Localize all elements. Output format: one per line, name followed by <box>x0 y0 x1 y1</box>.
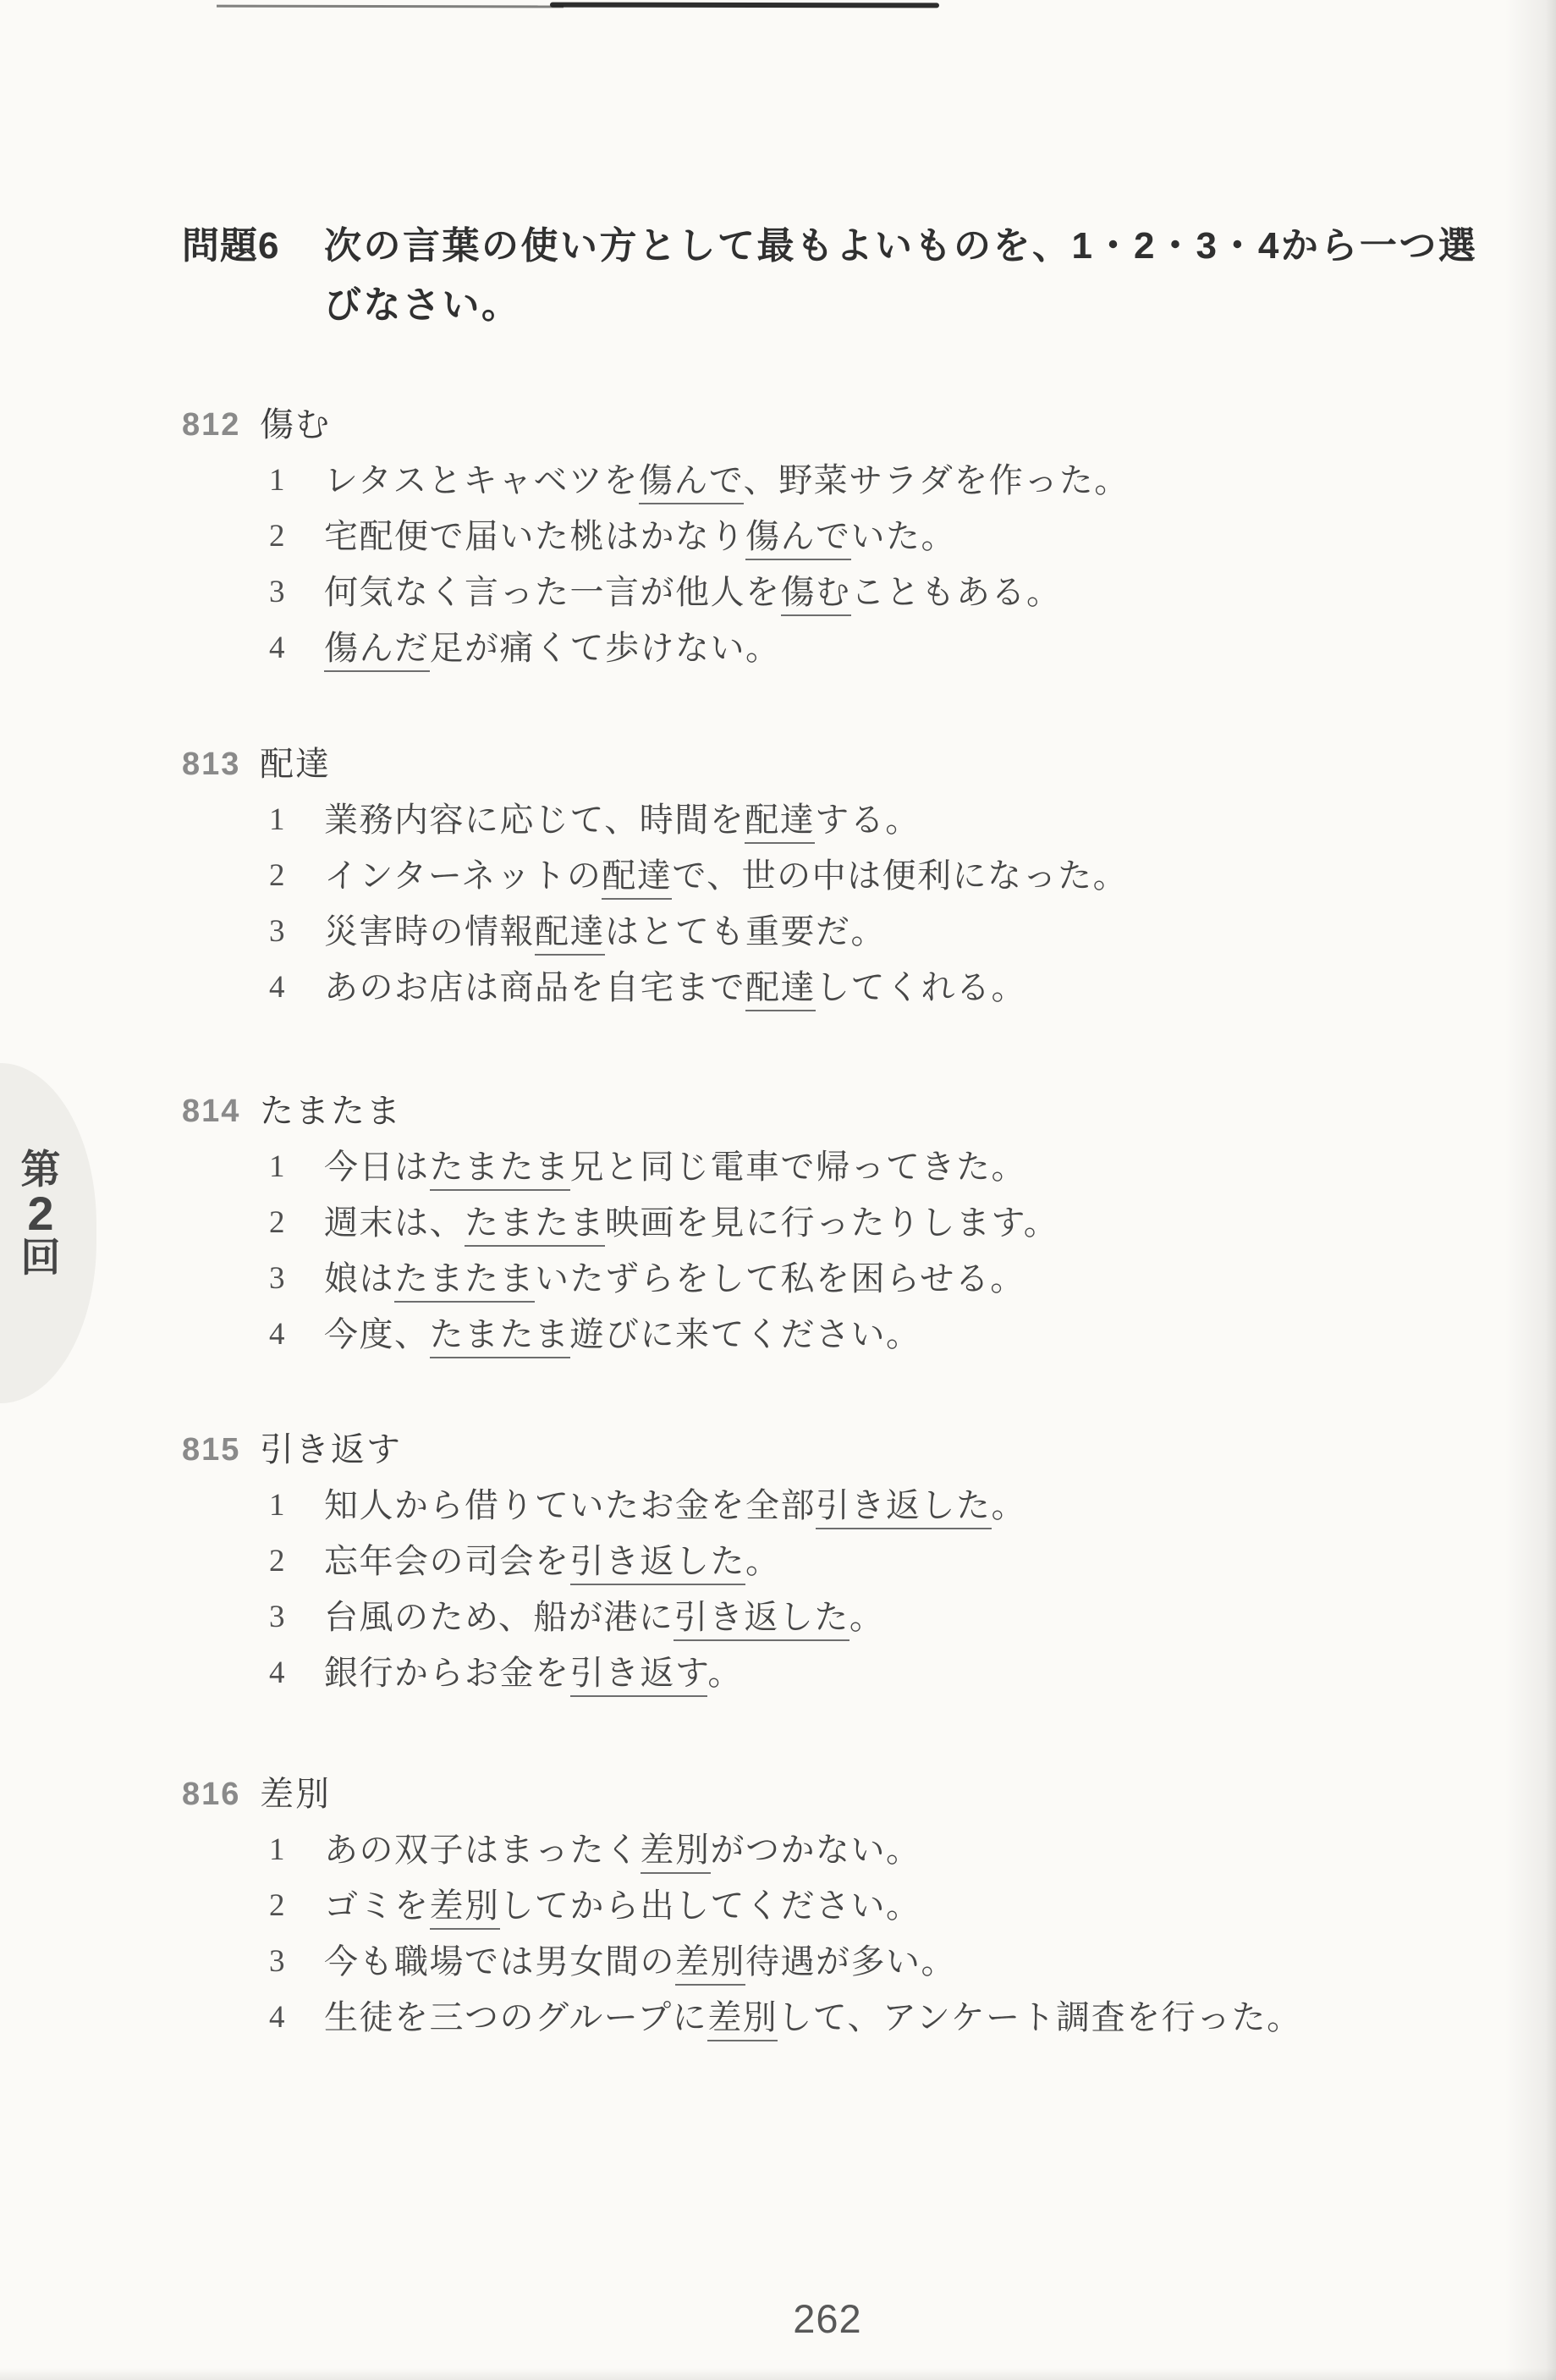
choice-2: 2 ゴミを差別してから出してください。 <box>269 1878 1519 1934</box>
choice-sentence: 知人から借りていたお金を全部引き返した。 <box>324 1478 1026 1534</box>
choice-3: 3 何気なく言った一言が他人を傷むこともある。 <box>269 565 1519 620</box>
choice-4: 4 生徒を三つのグループに差別して、アンケート調査を行った。 <box>269 1990 1519 2046</box>
choice-number: 4 <box>269 960 324 1016</box>
underlined-target: 引き返した <box>570 1542 746 1585</box>
choice-list: 1 あの双子はまったく差別がつかない。 2 ゴミを差別してから出してください。 … <box>269 1822 1519 2046</box>
choice-sentence: 娘はたまたまいたずらをして私を困らせる。 <box>324 1251 1025 1307</box>
underlined-target: 配達 <box>745 968 816 1011</box>
choice-2: 2 インターネットの配達で、世の中は便利になった。 <box>269 848 1519 904</box>
underlined-target: 配達 <box>535 912 605 956</box>
underlined-target: 傷んで <box>745 517 851 560</box>
choice-3: 3 台風のため、船が港に引き返した。 <box>269 1589 1519 1645</box>
choice-sentence: 週末は、たまたま映画を見に行ったりします。 <box>324 1195 1058 1251</box>
choice-sentence: あの双子はまったく差別がつかない。 <box>324 1822 921 1878</box>
underlined-target: 差別 <box>430 1887 500 1930</box>
tab-char-dai: 第 <box>0 1148 81 1192</box>
question-headword: たまたま <box>260 1083 402 1139</box>
question-812: 812 傷む 1 レタスとキャベツを傷んで、野菜サラダを作った。 2 宅配便で届… <box>182 397 1519 676</box>
tab-char-2: 2 <box>0 1192 81 1236</box>
question-number: 813 <box>182 736 260 792</box>
choice-list: 1 知人から借りていたお金を全部引き返した。 2 忘年会の司会を引き返した。 3… <box>269 1478 1519 1701</box>
choice-2: 2 週末は、たまたま映画を見に行ったりします。 <box>269 1195 1519 1251</box>
question-number: 812 <box>182 397 260 453</box>
choice-1: 1 今日はたまたま兄と同じ電車で帰ってきた。 <box>269 1139 1519 1195</box>
question-headword: 傷む <box>260 397 331 453</box>
instruction-line2: びなさい。 <box>324 276 521 335</box>
choice-number: 1 <box>269 453 324 509</box>
choice-sentence: ゴミを差別してから出してください。 <box>324 1878 921 1934</box>
question-814: 814 たまたま 1 今日はたまたま兄と同じ電車で帰ってきた。 2 週末は、たま… <box>182 1083 1519 1363</box>
choice-sentence: 台風のため、船が港に引き返した。 <box>324 1589 884 1645</box>
choice-number: 2 <box>269 509 324 565</box>
choice-number: 1 <box>269 1139 324 1195</box>
underlined-target: たまたま <box>430 1315 570 1358</box>
choice-list: 1 レタスとキャベツを傷んで、野菜サラダを作った。 2 宅配便で届いた桃はかなり… <box>269 453 1519 676</box>
underlined-target: 傷んだ <box>324 629 430 672</box>
section-tab-label: 第 2 回 <box>0 1148 81 1280</box>
underlined-target: 差別 <box>641 1831 711 1874</box>
choice-1: 1 レタスとキャベツを傷んで、野菜サラダを作った。 <box>269 453 1519 509</box>
choice-sentence: あのお店は商品を自宅まで配達してくれる。 <box>324 960 1026 1016</box>
textbook-page: 第 2 回 問題6 次の言葉の使い方として最もよいものを、1・2・3・4から一つ… <box>0 0 1556 2380</box>
choice-1: 1 あの双子はまったく差別がつかない。 <box>269 1822 1519 1878</box>
choice-number: 3 <box>269 1934 324 1990</box>
choice-number: 4 <box>269 1645 324 1701</box>
question-816: 816 差別 1 あの双子はまったく差別がつかない。 2 ゴミを差別してから出し… <box>182 1766 1519 2046</box>
problem-number-label: 問題6 <box>182 217 324 276</box>
choice-number: 1 <box>269 1478 324 1534</box>
tab-char-kai: 回 <box>0 1236 81 1280</box>
underlined-target: 差別 <box>675 1942 745 1986</box>
question-number: 814 <box>182 1083 260 1139</box>
choice-sentence: 業務内容に応じて、時間を配達する。 <box>324 792 921 848</box>
underlined-target: 配達 <box>602 857 672 900</box>
underlined-target: たまたま <box>465 1204 605 1247</box>
question-headword: 差別 <box>260 1766 331 1822</box>
choice-sentence: 銀行からお金を引き返す。 <box>324 1645 743 1701</box>
choice-list: 1 今日はたまたま兄と同じ電車で帰ってきた。 2 週末は、たまたま映画を見に行っ… <box>269 1139 1519 1363</box>
choice-sentence: 災害時の情報配達はとても重要だ。 <box>324 904 886 960</box>
choice-number: 4 <box>269 620 324 676</box>
scan-artifact-line <box>217 5 564 8</box>
question-head: 814 たまたま <box>182 1083 1519 1139</box>
instruction-indent <box>182 276 324 335</box>
problem-header: 問題6 次の言葉の使い方として最もよいものを、1・2・3・4から一つ選 びなさい… <box>182 217 1519 335</box>
choice-3: 3 娘はたまたまいたずらをして私を困らせる。 <box>269 1251 1519 1307</box>
choice-4: 4 銀行からお金を引き返す。 <box>269 1645 1519 1701</box>
choice-2: 2 宅配便で届いた桃はかなり傷んでいた。 <box>269 509 1519 565</box>
choice-number: 3 <box>269 904 324 960</box>
underlined-target: 傷んで <box>639 461 744 504</box>
choice-number: 1 <box>269 1822 324 1878</box>
underlined-target: 配達 <box>745 801 815 844</box>
underlined-target: 引き返した <box>674 1598 849 1641</box>
choice-sentence: 傷んだ足が痛くて歩けない。 <box>324 620 781 676</box>
choice-number: 1 <box>269 792 324 848</box>
choice-sentence: 忘年会の司会を引き返した。 <box>324 1534 781 1589</box>
page-number: 262 <box>760 2295 895 2342</box>
choice-number: 2 <box>269 1534 324 1589</box>
page-edge-shadow <box>0 2368 1556 2380</box>
question-head: 813 配達 <box>182 736 1519 792</box>
underlined-target: たまたま <box>430 1148 570 1191</box>
question-number: 816 <box>182 1766 260 1822</box>
choice-4: 4 あのお店は商品を自宅まで配達してくれる。 <box>269 960 1519 1016</box>
choice-number: 4 <box>269 1307 324 1363</box>
question-head: 815 引き返す <box>182 1422 1519 1478</box>
choice-1: 1 業務内容に応じて、時間を配達する。 <box>269 792 1519 848</box>
choice-1: 1 知人から借りていたお金を全部引き返した。 <box>269 1478 1519 1534</box>
choice-number: 3 <box>269 1251 324 1307</box>
choice-sentence: インターネットの配達で、世の中は便利になった。 <box>324 848 1128 904</box>
choice-sentence: レタスとキャベツを傷んで、野菜サラダを作った。 <box>324 453 1130 509</box>
scan-artifact-line <box>550 3 939 8</box>
question-815: 815 引き返す 1 知人から借りていたお金を全部引き返した。 2 忘年会の司会… <box>182 1422 1519 1701</box>
choice-number: 4 <box>269 1990 324 2046</box>
question-813: 813 配達 1 業務内容に応じて、時間を配達する。 2 インターネットの配達で… <box>182 736 1519 1016</box>
underlined-target: 差別 <box>707 1998 778 2041</box>
choice-4: 4 傷んだ足が痛くて歩けない。 <box>269 620 1519 676</box>
underlined-target: 傷む <box>781 573 851 616</box>
question-headword: 配達 <box>260 736 331 792</box>
choice-sentence: 宅配便で届いた桃はかなり傷んでいた。 <box>324 509 956 565</box>
question-headword: 引き返す <box>260 1422 402 1478</box>
choice-3: 3 今も職場では男女間の差別待遇が多い。 <box>269 1934 1519 1990</box>
choice-number: 3 <box>269 1589 324 1645</box>
choice-number: 2 <box>269 1195 324 1251</box>
choice-list: 1 業務内容に応じて、時間を配達する。 2 インターネットの配達で、世の中は便利… <box>269 792 1519 1016</box>
question-head: 812 傷む <box>182 397 1519 453</box>
question-head: 816 差別 <box>182 1766 1519 1822</box>
choice-sentence: 生徒を三つのグループに差別して、アンケート調査を行った。 <box>324 1990 1302 2046</box>
choice-number: 2 <box>269 1878 324 1934</box>
choice-sentence: 今度、たまたま遊びに来てください。 <box>324 1307 921 1363</box>
instruction-line1: 次の言葉の使い方として最もよいものを、1・2・3・4から一つ選 <box>324 217 1477 276</box>
choice-number: 2 <box>269 848 324 904</box>
choice-sentence: 何気なく言った一言が他人を傷むこともある。 <box>324 565 1062 620</box>
choice-number: 3 <box>269 565 324 620</box>
section-tab-dai2kai: 第 2 回 <box>0 1063 96 1403</box>
underlined-target: 引き返した <box>816 1486 992 1529</box>
underlined-target: たまたま <box>394 1259 535 1303</box>
choice-3: 3 災害時の情報配達はとても重要だ。 <box>269 904 1519 960</box>
underlined-target: 引き返す <box>570 1654 708 1697</box>
choice-sentence: 今日はたまたま兄と同じ電車で帰ってきた。 <box>324 1139 1026 1195</box>
choice-4: 4 今度、たまたま遊びに来てください。 <box>269 1307 1519 1363</box>
choice-sentence: 今も職場では男女間の差別待遇が多い。 <box>324 1934 956 1990</box>
choice-2: 2 忘年会の司会を引き返した。 <box>269 1534 1519 1589</box>
question-number: 815 <box>182 1422 260 1478</box>
